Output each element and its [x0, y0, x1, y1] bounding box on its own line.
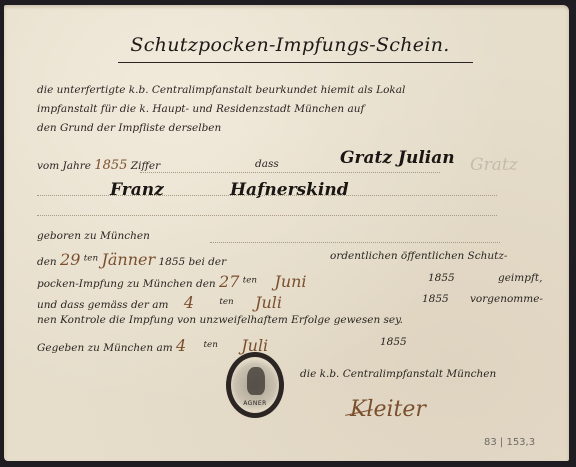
document-title: Schutzpocken-Impfungs-Schein. — [110, 34, 470, 56]
date-line: den 29 ten Jänner 1855 bei der — [37, 250, 226, 269]
vaccination-month: Juni — [274, 272, 306, 291]
control-line: und dass gemäss der am 4 ten Juli — [37, 293, 282, 312]
intro-line-1: die unterfertigte k.b. Centralimpfanstal… — [37, 84, 405, 96]
control-prefix: und dass gemäss der am — [37, 299, 168, 311]
vaccination-year: 1855 — [428, 272, 455, 284]
birth-year: 1855 — [158, 256, 185, 268]
date-middle: bei der — [189, 256, 227, 268]
signature: Kleiter — [350, 397, 426, 422]
archive-number: 83 | 153,3 — [484, 437, 535, 448]
seal-text: AGNER — [231, 400, 279, 407]
title-underline — [118, 62, 473, 63]
dotted-rule — [140, 172, 440, 173]
official-seal: AGNER — [226, 352, 284, 418]
year-value: 1855 — [94, 158, 127, 173]
child-name-part2: Franz — [110, 180, 164, 200]
vaccination-suffix: geimpft, — [498, 272, 542, 284]
intro-line-2: impfanstalt für die k. Haupt- und Reside… — [37, 103, 364, 115]
vaccination-prefix: pocken-Impfung zu München den — [37, 278, 216, 290]
year-prefix: vom Jahre — [37, 160, 91, 172]
given-year: 1855 — [380, 336, 407, 348]
birth-month: Jänner — [101, 250, 155, 269]
given-line: Gegeben zu München am 4 ten Juli — [37, 336, 268, 355]
control-month: Juli — [255, 293, 282, 312]
ten-label: ten — [204, 340, 218, 350]
given-prefix: Gegeben zu München am — [37, 342, 173, 354]
issuer-line: die k.b. Centralimpfanstalt München — [300, 368, 496, 380]
ten-label: ten — [243, 276, 257, 286]
date-prefix: den — [37, 256, 57, 268]
year-line: vom Jahre 1855 Ziffer — [37, 158, 160, 173]
dotted-rule — [37, 215, 497, 216]
control-year: 1855 — [422, 293, 449, 305]
date-suffix: ordentlichen öffentlichen Schutz- — [330, 250, 507, 262]
dotted-rule — [37, 195, 497, 196]
result-line: nen Kontrole die Impfung von unzweifelha… — [37, 314, 403, 326]
vaccination-line: pocken-Impfung zu München den 27 ten Jun… — [37, 272, 307, 291]
ten-label: ten — [219, 297, 233, 307]
coat-of-arms-icon — [247, 367, 265, 395]
year-suffix: Ziffer — [131, 160, 160, 172]
child-occupation: Hafnerskind — [230, 180, 349, 200]
control-suffix: vorgenomme- — [470, 293, 543, 305]
birth-line: geboren zu München — [37, 230, 150, 242]
faded-text: Gratz — [470, 155, 518, 175]
vaccination-day: 27 — [219, 272, 239, 291]
control-day: 4 — [184, 293, 194, 312]
dotted-rule — [210, 242, 500, 243]
child-name-part1: Gratz Julian — [340, 148, 455, 168]
birth-day: 29 — [60, 250, 80, 269]
dass-word: dass — [255, 158, 279, 170]
given-day: 4 — [176, 336, 186, 355]
ten-label: ten — [84, 254, 98, 264]
intro-line-3: den Grund der Impfliste derselben — [37, 122, 221, 134]
